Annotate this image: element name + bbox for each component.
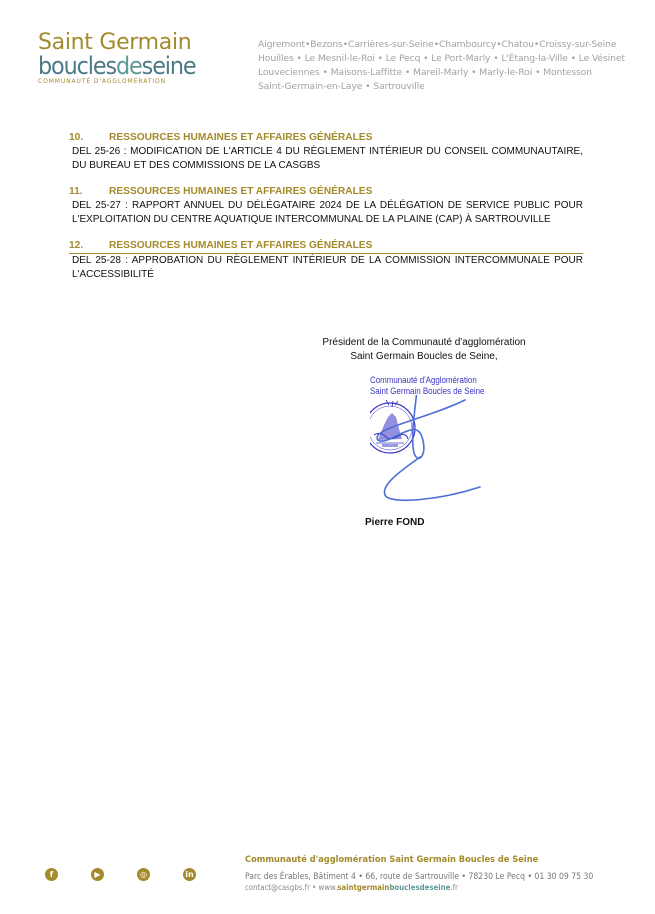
footer-email-link[interactable]: contact@casgbs.fr <box>245 883 310 892</box>
agenda-item: 11. RESSOURCES HUMAINES ET AFFAIRES GÉNÉ… <box>69 185 583 227</box>
stamp-and-signature-icon <box>370 395 510 507</box>
member-towns: Aigremont•Bezons•Carrières-sur-Seine•Cha… <box>258 38 608 94</box>
web-part: saintgermain <box>337 883 389 892</box>
youtube-icon[interactable]: ▶ <box>91 868 104 881</box>
instagram-icon[interactable]: ◎ <box>137 868 150 881</box>
web-prefix: www. <box>319 883 338 892</box>
web-suffix: .fr <box>450 883 458 892</box>
agenda-item-heading: 11. RESSOURCES HUMAINES ET AFFAIRES GÉNÉ… <box>69 185 583 199</box>
document-page: Saint Germain bouclesdeseine COMMUNAUTÉ … <box>0 0 655 914</box>
stamp-line: Communauté d'Agglomération <box>370 375 484 386</box>
logo-word-boucles: boucles <box>38 52 116 80</box>
separator: • <box>310 883 319 892</box>
logo: Saint Germain bouclesdeseine COMMUNAUTÉ … <box>38 31 218 86</box>
agenda-item-category: RESSOURCES HUMAINES ET AFFAIRES GÉNÉRALE… <box>109 239 372 253</box>
agenda-item-category: RESSOURCES HUMAINES ET AFFAIRES GÉNÉRALE… <box>109 131 372 145</box>
agenda-item-category: RESSOURCES HUMAINES ET AFFAIRES GÉNÉRALE… <box>109 185 372 199</box>
agenda-item-description: DEL 25-26 : MODIFICATION DE L'ARTICLE 4 … <box>69 145 583 173</box>
agenda-list: 10. RESSOURCES HUMAINES ET AFFAIRES GÉNÉ… <box>69 131 583 294</box>
footer-address: Parc des Érables, Bâtiment 4 • 66, route… <box>245 871 593 881</box>
agenda-item: 12. RESSOURCES HUMAINES ET AFFAIRES GÉNÉ… <box>69 239 583 282</box>
towns-line: Aigremont•Bezons•Carrières-sur-Seine•Cha… <box>258 38 608 52</box>
signatory-title-line: Saint Germain Boucles de Seine, <box>290 350 558 364</box>
web-part: bouclesdeseine <box>389 883 450 892</box>
towns-line: Houilles • Le Mesnil-le-Roi • Le Pecq • … <box>258 52 608 66</box>
official-stamp-text: Communauté d'Agglomération Saint Germain… <box>370 375 484 397</box>
agenda-item-heading: 12. RESSOURCES HUMAINES ET AFFAIRES GÉNÉ… <box>69 239 583 254</box>
signer-name: Pierre FOND <box>365 517 424 528</box>
agenda-item-number: 12. <box>69 239 109 253</box>
agenda-item-number: 11. <box>69 185 109 199</box>
towns-line: Saint-Germain-en-Laye • Sartrouville <box>258 80 608 94</box>
handwritten-signature <box>377 395 480 500</box>
agenda-item-heading: 10. RESSOURCES HUMAINES ET AFFAIRES GÉNÉ… <box>69 131 583 145</box>
footer-organization: Communauté d'agglomération Saint Germain… <box>245 855 538 865</box>
logo-word-de: de <box>116 52 142 80</box>
agenda-item: 10. RESSOURCES HUMAINES ET AFFAIRES GÉNÉ… <box>69 131 583 173</box>
agenda-item-description: DEL 25-27 : RAPPORT ANNUEL DU DÉLÉGATAIR… <box>69 199 583 227</box>
facebook-icon[interactable]: f <box>45 868 58 881</box>
towns-line: Louveciennes • Maisons-Laffitte • Mareil… <box>258 66 608 80</box>
signatory-title-line: Président de la Communauté d'agglomérati… <box>290 336 558 350</box>
agenda-item-number: 10. <box>69 131 109 145</box>
footer-website-link[interactable]: www.saintgermainbouclesdeseine.fr <box>319 883 458 892</box>
logo-subtitle: bouclesdeseine <box>38 55 205 77</box>
footer-contact: contact@casgbs.fr • www.saintgermainbouc… <box>245 883 458 892</box>
linkedin-icon[interactable]: in <box>183 868 196 881</box>
logo-word-seine: seine <box>142 52 196 80</box>
signatory-title: Président de la Communauté d'agglomérati… <box>290 336 558 364</box>
agenda-item-description: DEL 25-28 : APPROBATION DU RÈGLEMENT INT… <box>69 254 583 282</box>
